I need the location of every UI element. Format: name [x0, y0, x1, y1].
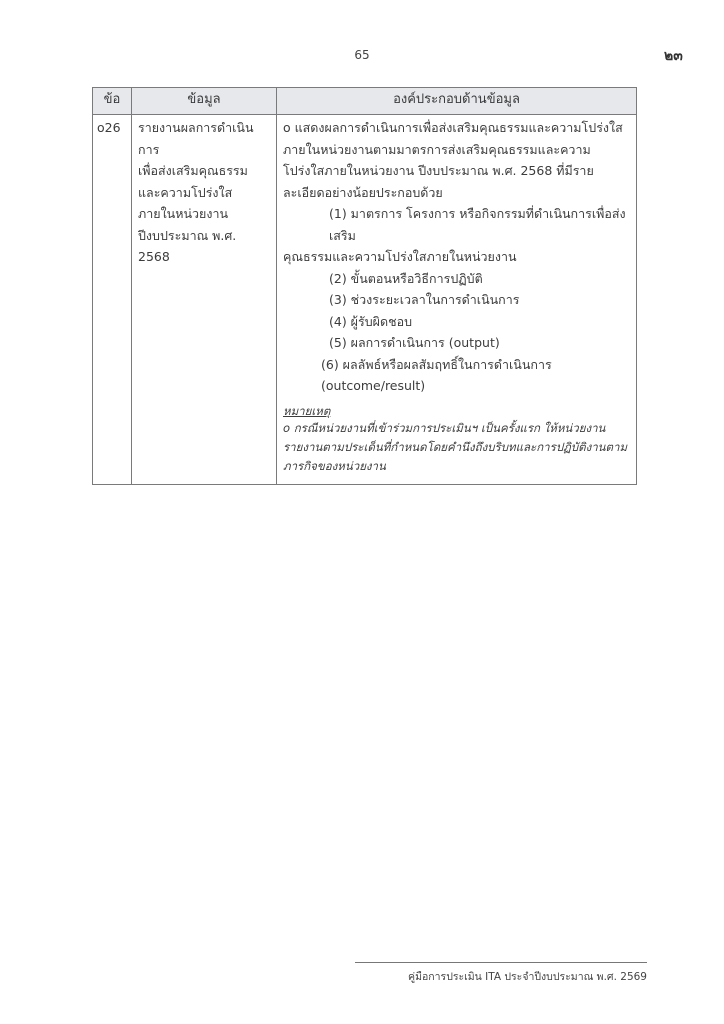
component-item-1-continued: คุณธรรมและความโปร่งใสภายในหน่วยงาน [283, 246, 630, 268]
page-number: 65 [0, 48, 724, 62]
component-item-6: (6) ผลลัพธ์หรือผลสัมฤทธิ์ในการดำเนินการ … [283, 354, 630, 397]
column-header-info: ข้อมูล [132, 88, 277, 115]
component-item-5: (5) ผลการดำเนินการ (output) [283, 332, 630, 354]
component-item-2: (2) ขั้นตอนหรือวิธีการปฏิบัติ [283, 268, 630, 290]
component-item-1: (1) มาตรการ โครงการ หรือกิจกรรมที่ดำเนิน… [283, 203, 630, 246]
component-item-3: (3) ช่วงระยะเวลาในการดำเนินการ [283, 289, 630, 311]
table-header-row: ข้อ ข้อมูล องค์ประกอบด้านข้อมูล [93, 88, 637, 115]
note-text: o กรณีหน่วยงานที่เข้าร่วมการประเมินฯ เป็… [283, 419, 630, 476]
footer-divider [355, 962, 647, 963]
info-line: รายงานผลการดำเนินการ [138, 117, 270, 160]
table-row: o26 รายงานผลการดำเนินการ เพื่อส่งเสริมคุ… [93, 115, 637, 485]
note-title: หมายเหตุ [283, 403, 630, 419]
info-line: เพื่อส่งเสริมคุณธรรม [138, 160, 270, 182]
column-header-components: องค์ประกอบด้านข้อมูล [277, 88, 637, 115]
components-intro: o แสดงผลการดำเนินการเพื่อส่งเสริมคุณธรรม… [283, 117, 630, 203]
info-line: ปีงบประมาณ พ.ศ. 2568 [138, 225, 270, 268]
component-item-4: (4) ผู้รับผิดชอบ [283, 311, 630, 333]
thai-page-number: ๒๓ [664, 45, 683, 67]
footer-text: คู่มือการประเมิน ITA ประจำปีงบประมาณ พ.ศ… [355, 968, 647, 985]
column-header-no: ข้อ [93, 88, 132, 115]
item-number: o26 [93, 115, 132, 485]
info-line: และความโปร่งใส [138, 182, 270, 204]
info-line: ภายในหน่วยงาน [138, 203, 270, 225]
item-info: รายงานผลการดำเนินการ เพื่อส่งเสริมคุณธรร… [132, 115, 277, 485]
criteria-table: ข้อ ข้อมูล องค์ประกอบด้านข้อมูล o26 รายง… [92, 87, 637, 485]
item-components: o แสดงผลการดำเนินการเพื่อส่งเสริมคุณธรรม… [277, 115, 637, 485]
